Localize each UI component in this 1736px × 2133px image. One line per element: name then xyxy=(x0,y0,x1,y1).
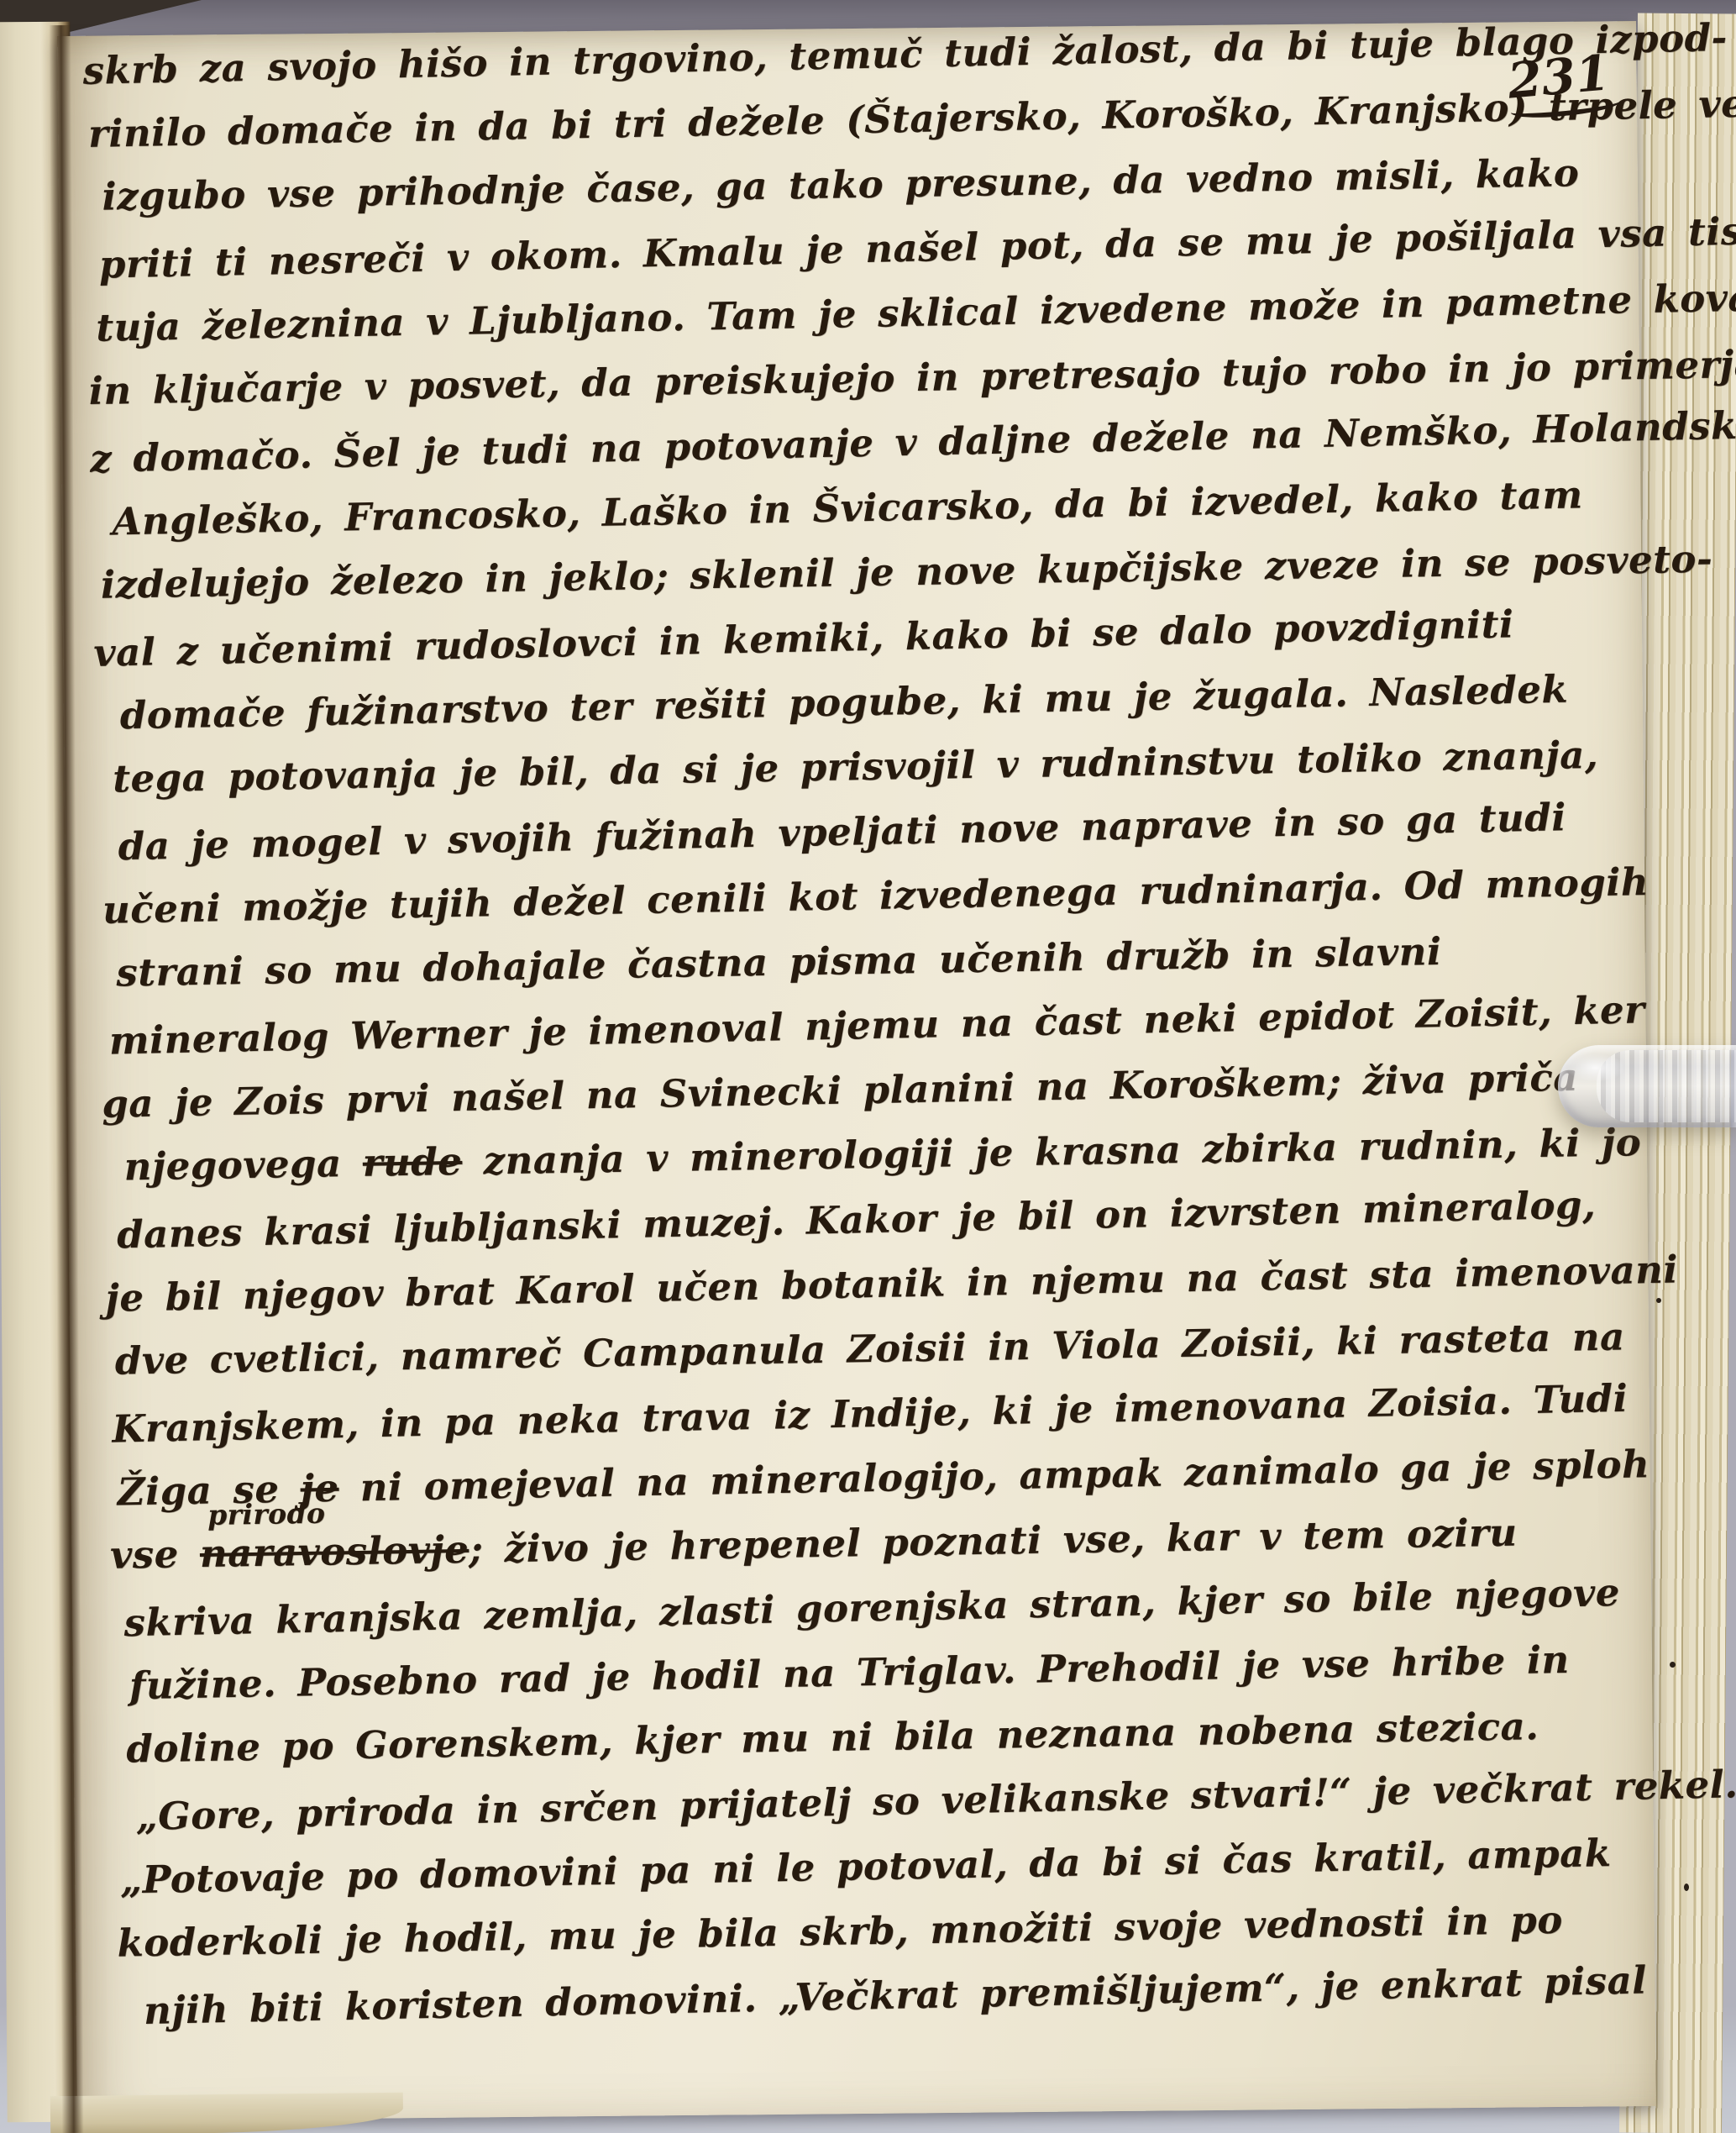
struck-word: rude xyxy=(362,1139,462,1185)
page-bottom-curl xyxy=(50,2093,403,2133)
ink-speck xyxy=(1684,1883,1689,1891)
manuscript-text: skrb za svojo hišo in trgovino, temuč tu… xyxy=(82,8,1676,2042)
line-segment: ; živo je hrepenel poznati vse, kar v te… xyxy=(469,1510,1518,1572)
glass-paperweight-highlight xyxy=(1566,1053,1625,1082)
page-number: 231 xyxy=(1506,47,1622,120)
manuscript-scan: 231 skrb za svojo hišo in trgovino, temu… xyxy=(0,0,1736,2133)
inserted-word-above: prirodo xyxy=(207,1500,326,1529)
line-segment: znanja v minerologiji je krasna zbirka r… xyxy=(462,1120,1642,1184)
struck-word: naravoslovjeprirodo xyxy=(199,1527,469,1576)
line-segment: njegovega xyxy=(123,1141,363,1190)
ink-speck xyxy=(1656,1298,1661,1303)
glass-paperweight xyxy=(1558,1045,1736,1127)
ink-speck xyxy=(1670,1662,1676,1668)
line-segment: ni omejeval na mineralogijo, ampak zanim… xyxy=(338,1442,1650,1510)
page-number-value: 231 xyxy=(1506,44,1613,109)
line-segment: vse xyxy=(110,1531,201,1578)
